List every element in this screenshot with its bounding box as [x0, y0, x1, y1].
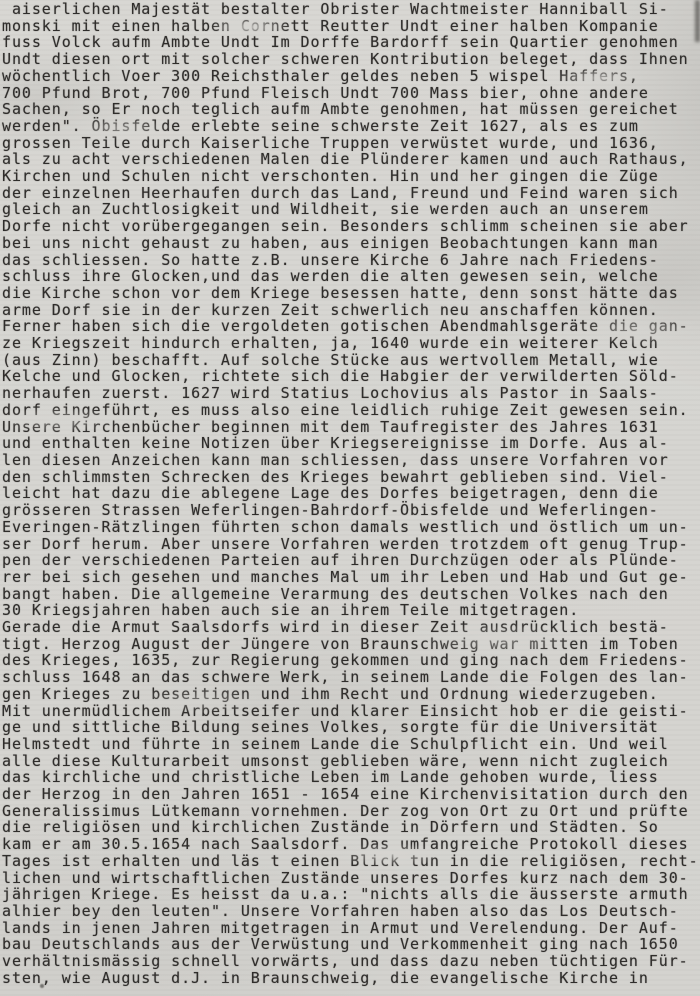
document-text: aiserlichen Majestät bestalter Obrister … — [2, 1, 699, 986]
scan-edge-streak — [695, 0, 700, 42]
scan-artifact-dot — [40, 984, 44, 988]
document-page: aiserlichen Majestät bestalter Obrister … — [0, 0, 700, 996]
